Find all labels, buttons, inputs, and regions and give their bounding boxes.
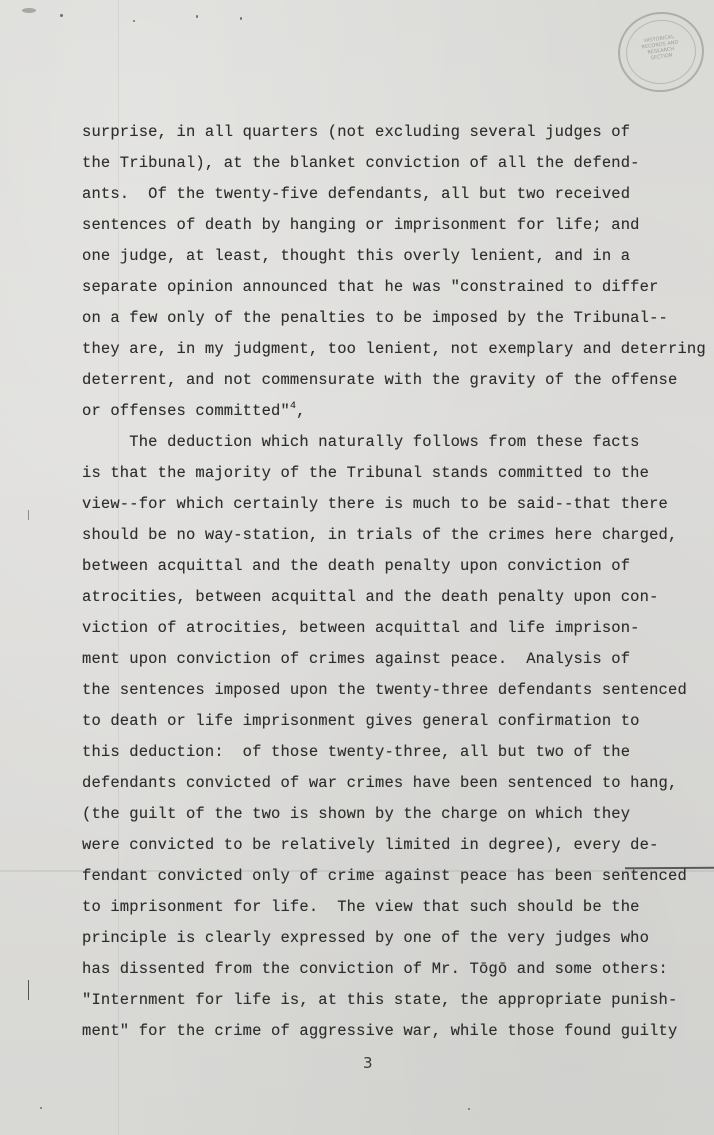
margin-pencil-mark [28,980,29,1000]
line-text: , [296,402,305,420]
line-text: they are, in my judgment, too lenient, n… [82,340,706,358]
line-text: "Internment for life is, at this state, … [82,991,677,1009]
line-text: deterrent, and not commensurate with the… [82,371,677,389]
line-text: sentences of death by hanging or impriso… [82,216,640,234]
text-line: or offenses committed"4, [82,396,682,427]
ink-speck [60,14,63,17]
line-text: between acquittal and the death penalty … [82,557,630,575]
text-line: ment upon conviction of crimes against p… [82,644,682,675]
text-line: view--for which certainly there is much … [82,489,682,520]
ink-speck [133,20,135,22]
text-line: defendants convicted of war crimes have … [82,768,682,799]
text-line: this deduction: of those twenty-three, a… [82,737,682,768]
text-line: to imprisonment for life. The view that … [82,892,682,923]
text-line: the sentences imposed upon the twenty-th… [82,675,682,706]
text-line: atrocities, between acquittal and the de… [82,582,682,613]
line-text: view--for which certainly there is much … [82,495,668,513]
text-line: ants. Of the twenty-five defendants, all… [82,179,682,210]
text-line: sentences of death by hanging or impriso… [82,210,682,241]
text-line: on a few only of the penalties to be imp… [82,303,682,334]
line-text: viction of atrocities, between acquittal… [82,619,640,637]
line-text: principle is clearly expressed by one of… [82,929,649,947]
ink-speck [40,1107,42,1109]
ink-speck [22,8,36,13]
text-line: ment" for the crime of aggressive war, w… [82,1016,682,1047]
document-page: HISTORICAL RECORDS AND RESEARCH SECTION … [0,0,714,1135]
line-text: (the guilt of the two is shown by the ch… [82,805,630,823]
line-text: fendant convicted only of crime against … [82,867,687,885]
text-line: the Tribunal), at the blanket conviction… [82,148,682,179]
line-text: to imprisonment for life. The view that … [82,898,640,916]
line-text: to death or life imprisonment gives gene… [82,712,640,730]
line-text: this deduction: of those twenty-three, a… [82,743,630,761]
text-line: (the guilt of the two is shown by the ch… [82,799,682,830]
text-line: surprise, in all quarters (not excluding… [82,117,682,148]
line-text: surprise, in all quarters (not excluding… [82,123,630,141]
archive-stamp: HISTORICAL RECORDS AND RESEARCH SECTION [613,6,709,97]
text-line: should be no way-station, in trials of t… [82,520,682,551]
line-text: the Tribunal), at the blanket conviction… [82,154,640,172]
line-text: were convicted to be relatively limited … [82,836,659,854]
text-line: separate opinion announced that he was "… [82,272,682,303]
text-line: The deduction which naturally follows fr… [82,427,682,458]
text-line: viction of atrocities, between acquittal… [82,613,682,644]
line-text: ment" for the crime of aggressive war, w… [82,1022,677,1040]
line-text: atrocities, between acquittal and the de… [82,588,659,606]
text-line: "Internment for life is, at this state, … [82,985,682,1016]
line-text: separate opinion announced that he was "… [82,278,659,296]
line-text: the sentences imposed upon the twenty-th… [82,681,687,699]
text-line: deterrent, and not commensurate with the… [82,365,682,396]
ink-speck [468,1108,470,1110]
text-line: has dissented from the conviction of Mr.… [82,954,682,985]
text-line: were convicted to be relatively limited … [82,830,682,861]
body-text: surprise, in all quarters (not excluding… [82,117,682,1047]
page-number: 3 [363,1054,373,1072]
line-text: ment upon conviction of crimes against p… [82,650,630,668]
text-line: one judge, at least, thought this overly… [82,241,682,272]
text-line: fendant convicted only of crime against … [82,861,682,892]
line-text: ants. Of the twenty-five defendants, all… [82,185,630,203]
margin-pencil-mark [28,510,29,520]
ink-speck [196,15,198,18]
text-line: is that the majority of the Tribunal sta… [82,458,682,489]
text-line: they are, in my judgment, too lenient, n… [82,334,682,365]
ink-speck [240,17,242,20]
text-line: between acquittal and the death penalty … [82,551,682,582]
line-text: on a few only of the penalties to be imp… [82,309,668,327]
line-text: The deduction which naturally follows fr… [82,433,640,451]
line-text: or offenses committed" [82,402,290,420]
line-text: is that the majority of the Tribunal sta… [82,464,649,482]
line-text: should be no way-station, in trials of t… [82,526,677,544]
text-line: to death or life imprisonment gives gene… [82,706,682,737]
archive-stamp-ring [622,15,700,88]
line-text: has dissented from the conviction of Mr.… [82,960,668,978]
text-line: principle is clearly expressed by one of… [82,923,682,954]
line-text: one judge, at least, thought this overly… [82,247,630,265]
line-text: defendants convicted of war crimes have … [82,774,677,792]
